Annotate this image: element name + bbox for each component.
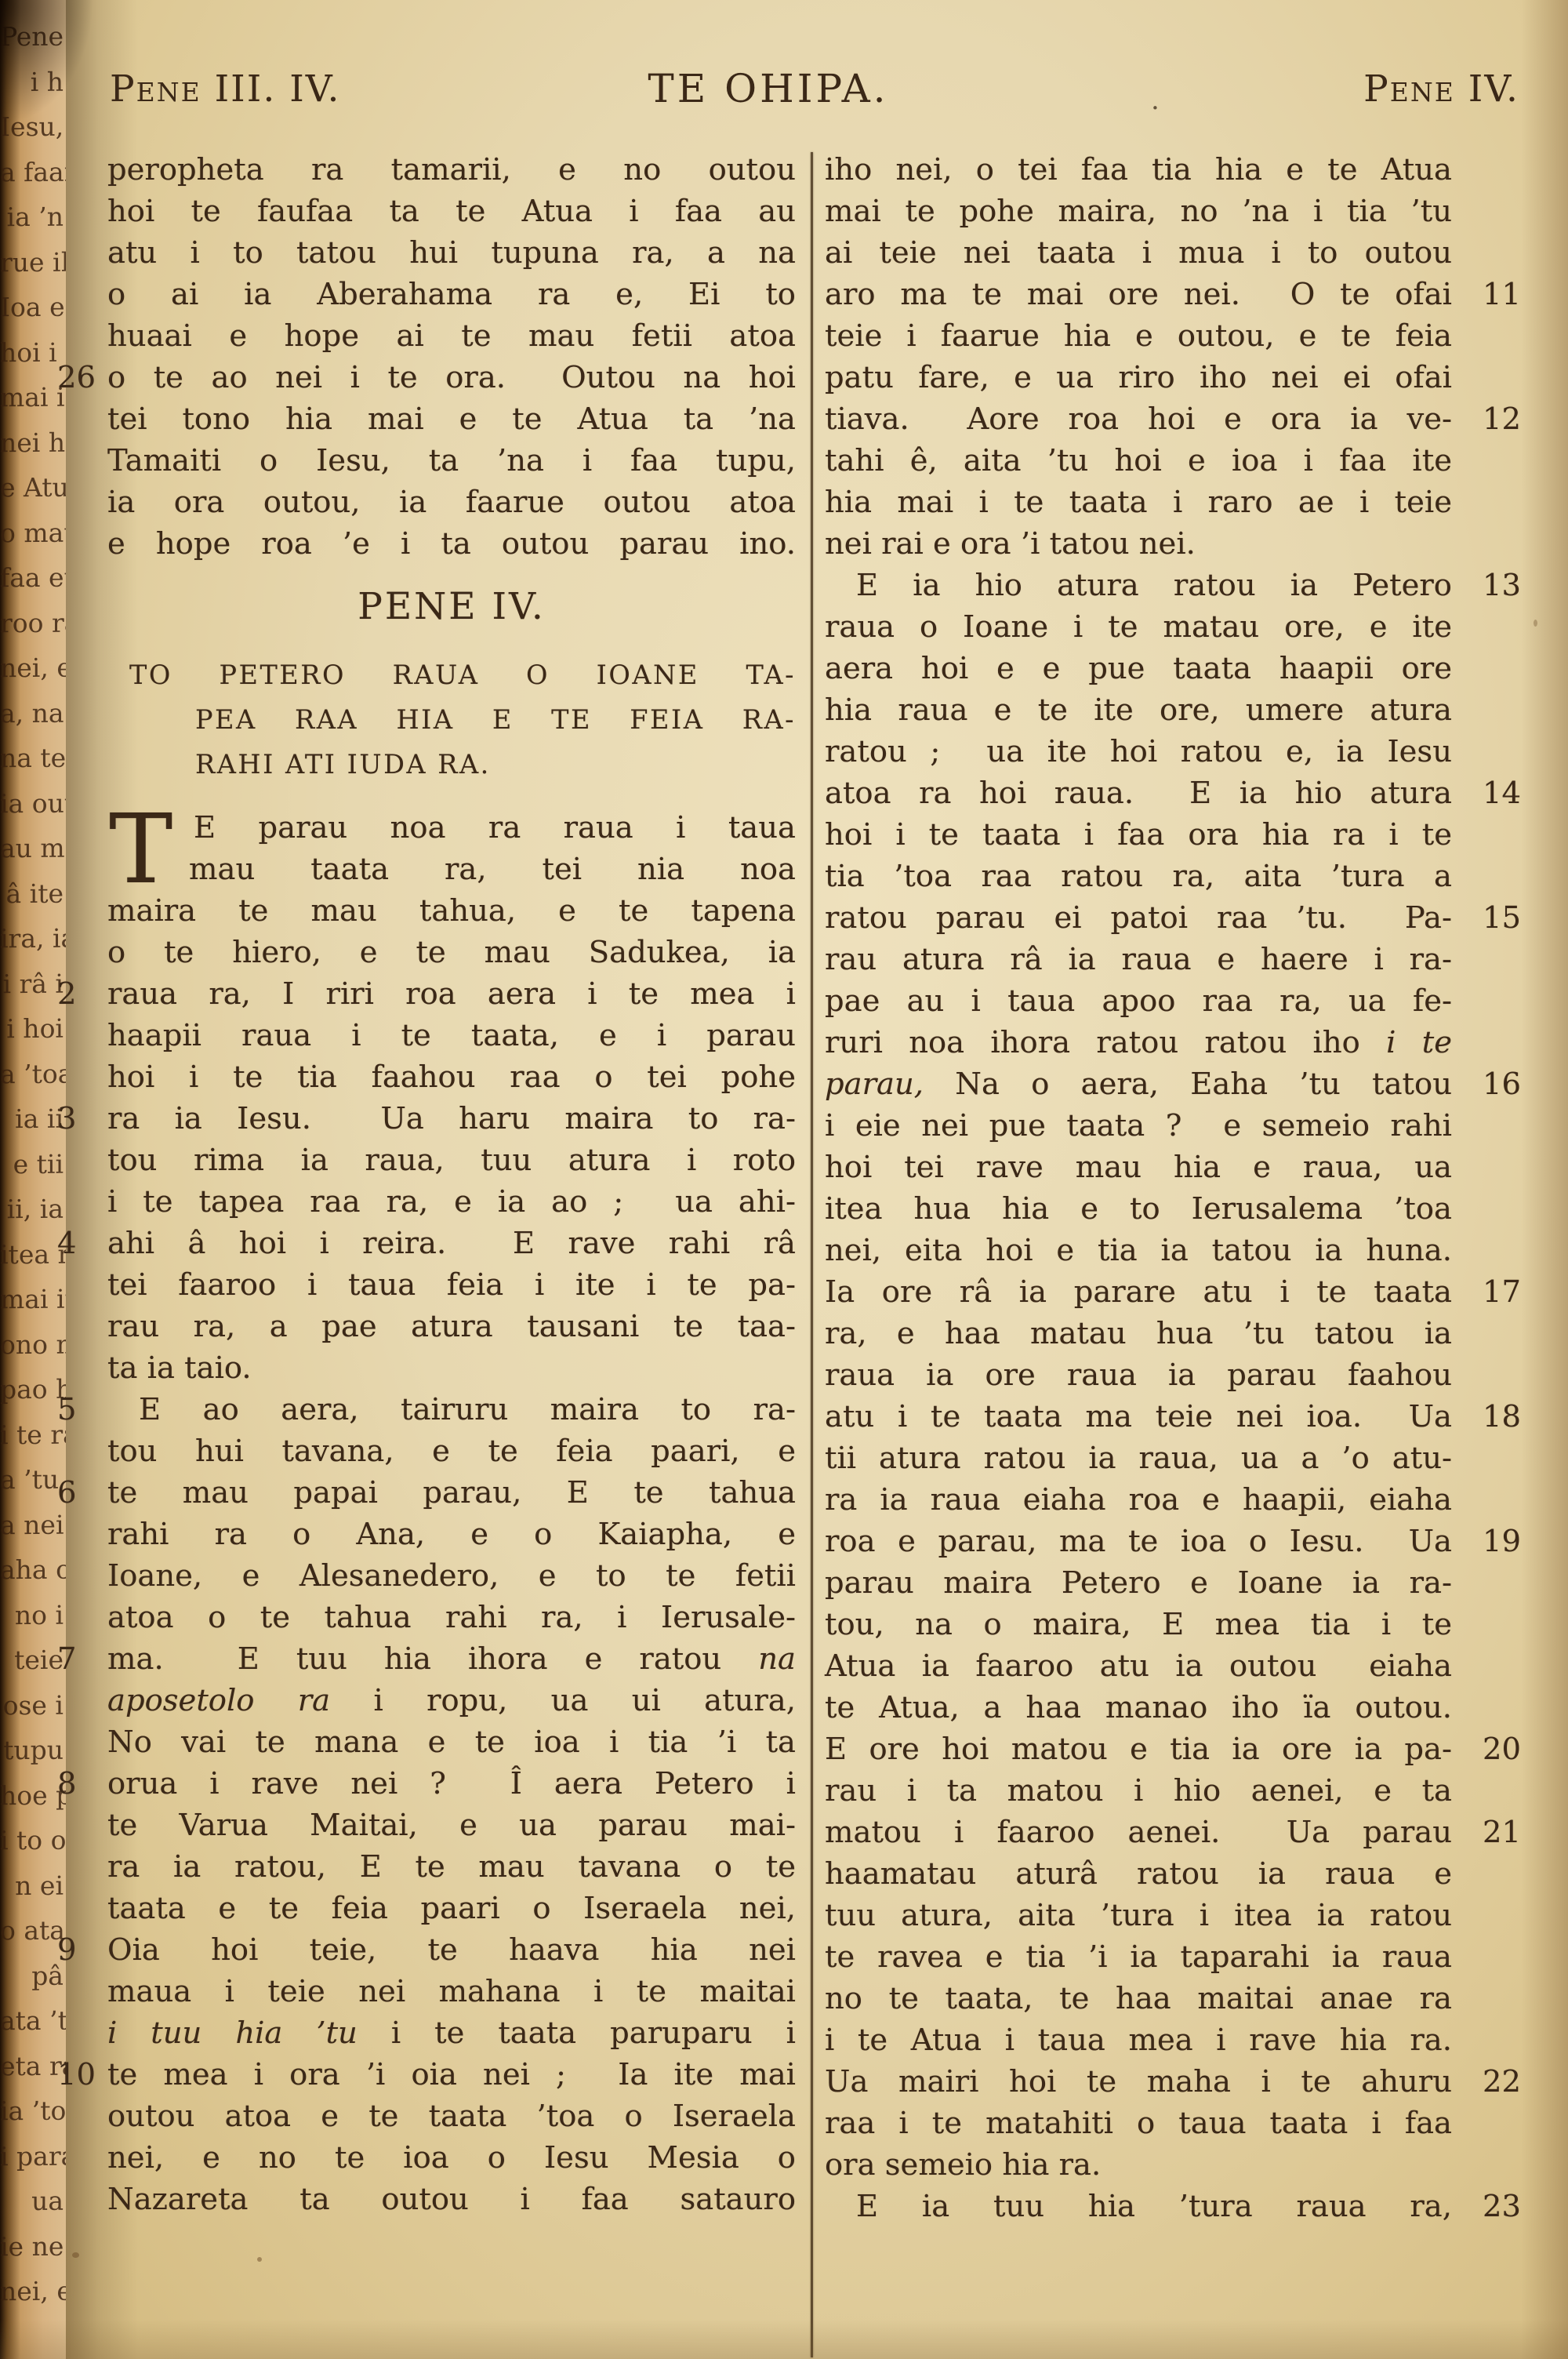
text-line: i te tapea raa ra, e ia ao ; ua ahi- [107, 1181, 796, 1223]
text-line: ora semeio hia ra. [825, 2144, 1452, 2186]
text-segment: rau i ta matou i hio aenei, e ta [825, 1773, 1452, 1808]
text-line: ra ia Iesu. Ua haru maira to ra-3 [107, 1098, 796, 1140]
text-line: Tamaiti o Iesu, ta ’na i faa tupu, [107, 440, 796, 482]
verse-text: i te Atua i taua mea i rave hia ra. [825, 2023, 1452, 2058]
text-segment: ahi â hoi i reira. E rave rahi râ [107, 1226, 796, 1261]
verse-text: nei, eita hoi e tia ia tatou ia huna. [825, 1233, 1452, 1268]
text-line: e hope roa ’e i ta outou parau ino. [107, 523, 796, 565]
text-line: i te Atua i taua mea i rave hia ra. [825, 2019, 1452, 2061]
text-segment: aro ma te mai ore nei. O te ofai [825, 277, 1452, 312]
right-column: iho nei, o tei faa tia hia e te Atuamai … [825, 149, 1452, 2227]
verse-text: hoi tei rave mau hia e raua, ua [825, 1150, 1452, 1185]
verse-text: tiava. Aore roa hoi e ora ia ve- [825, 402, 1452, 437]
text-line: o te ao nei i te ora. Outou na hoi26 [107, 357, 796, 398]
text-segment: ratou parau ei patoi raa ’tu. Pa- [825, 900, 1452, 936]
text-line: tiava. Aore roa hoi e ora ia ve-12 [825, 398, 1452, 440]
text-segment: e hope roa ’e i ta outou parau ino. [107, 526, 796, 562]
verse-text: matou i faaroo aenei. Ua parau [825, 1815, 1452, 1850]
text-line: tuu atura, aita ’tura i itea ia ratou [825, 1895, 1452, 1936]
verse-text: i te tapea raa ra, e ia ao ; ua ahi- [107, 1184, 796, 1219]
text-line: E ia tuu hia ’tura raua ra,23 [825, 2186, 1452, 2227]
text-line: peropheta ra tamarii, e no outou [107, 149, 796, 191]
text-line: tahi ê, aita ’tu hoi e ioa i faa ite [825, 440, 1452, 482]
text-line: parau, Na o aera, Eaha ’tu tatou16 [825, 1063, 1452, 1105]
text-segment: haamatau aturâ ratou ia raua e [825, 1856, 1452, 1892]
verse-text: ra ia raua eiaha roa e haapii, eiaha [825, 1482, 1452, 1518]
verse-number: 10 [57, 2054, 96, 2095]
verse-text: ia ora outou, ia faarue outou atoa [107, 485, 796, 520]
verse-text: raua ia ore raua ia parau faahou [825, 1358, 1452, 1393]
text-line: aposetolo ra i ropu, ua ui atura, [107, 1680, 796, 1721]
text-segment: tei faaroo i taua feia i ite i te pa- [107, 1267, 796, 1303]
text-segment: nei rai e ora ’i tatou nei. [825, 526, 1196, 562]
text-line: taata e te feia paari o Iseraela nei, [107, 1888, 796, 1929]
verse-number: 14 [1483, 772, 1521, 814]
text-line: te ravea e tia ’i ia taparahi ia raua [825, 1936, 1452, 1978]
text-line: tii atura ratou ia raua, ua a ’o atu- [825, 1438, 1452, 1479]
verse-number: 12 [1483, 398, 1521, 440]
text-line: ahi â hoi i reira. E rave rahi râ4 [107, 1223, 796, 1264]
verse-text: ra ia Iesu. Ua haru maira to ra- [107, 1101, 796, 1136]
verse-text: taata e te feia paari o Iseraela nei, [107, 1891, 796, 1926]
verse-number: 15 [1483, 897, 1521, 939]
text-line: iho nei, o tei faa tia hia e te Atua [825, 149, 1452, 191]
text-segment: itea hua hia e to Ierusalema ’toa [825, 1191, 1452, 1227]
book-page-scan: Penei hIesu,a faaruia ’nrue ihIoa e thoi… [0, 0, 1568, 2359]
text-segment: orua i rave nei ? Î aera Petero i [107, 1766, 796, 1801]
verse-text: aposetolo ra i ropu, ua ui atura, [107, 1683, 796, 1718]
text-segment: o te ao nei i te ora. Outou na hoi [107, 360, 796, 395]
text-segment: i ropu, ua ui atura, [330, 1683, 796, 1718]
verse-text: rau ra, a pae atura tausani te taa- [107, 1309, 796, 1344]
text-segment: hia mai i te taata i raro ae i teie [825, 485, 1452, 520]
verse-text: ta ia taio. [107, 1350, 252, 1386]
verse-text: maua i teie nei mahana i te maitai [107, 1974, 796, 2009]
text-segment: Na o aera, Eaha ’tu tatou [924, 1067, 1452, 1102]
verse-text: no te taata, te haa maitai anae ra [825, 1981, 1452, 2016]
text-line: nei, e no te ioa o Iesu Mesia o [107, 2137, 796, 2179]
chapter-heading: PENE IV. [107, 585, 796, 629]
verse-text: ahi â hoi i reira. E rave rahi râ [107, 1226, 796, 1261]
text-segment: tou rima ia raua, tuu atura i roto [107, 1143, 796, 1178]
text-line: E ore hoi matou e tia ia ore ia pa-20 [825, 1728, 1452, 1770]
text-segment: ra ia Iesu. Ua haru maira to ra- [107, 1101, 796, 1136]
verse-text: e hope roa ’e i ta outou parau ino. [107, 526, 796, 562]
italic-phrase: i tuu hia ’tu [107, 2016, 358, 2051]
verse-number: 17 [1483, 1271, 1521, 1313]
text-segment: tei tono hia mai e te Atua ta ’na [107, 402, 796, 437]
text-segment: te mea i ora ’i oia nei ; Ia ite mai [107, 2057, 796, 2092]
left-column: peropheta ra tamarii, e no outouhoi te f… [107, 149, 796, 2220]
text-line: rau i ta matou i hio aenei, e ta [825, 1770, 1452, 1812]
text-segment: i te Atua i taua mea i rave hia ra. [825, 2023, 1452, 2058]
verse-text: tei tono hia mai e te Atua ta ’na [107, 402, 796, 437]
verse-text: maira te mau tahua, e te tapena [107, 893, 796, 929]
text-line: rau atura râ ia raua e haere i ra- [825, 939, 1452, 980]
text-line: E ia hio atura ratou ia Petero13 [825, 565, 1452, 606]
text-line: ratou ; ua ite hoi ratou e, ia Iesu [825, 731, 1452, 772]
paper-speck [72, 2252, 79, 2258]
text-segment: Tamaiti o Iesu, ta ’na i faa tupu, [107, 443, 796, 478]
verse-text: rau atura râ ia raua e haere i ra- [825, 942, 1452, 977]
verse-text: E ia hio atura ratou ia Petero [825, 565, 1452, 606]
text-line: te Atua, a haa manao iho ïa outou. [825, 1687, 1452, 1728]
verse-number: 21 [1483, 1812, 1521, 1853]
text-segment: huaai e hope ai te mau fetii atoa [107, 318, 796, 354]
verse-text: ratou parau ei patoi raa ’tu. Pa- [825, 900, 1452, 936]
verse-text: mai te pohe maira, no ’na i tia ’tu [825, 194, 1452, 229]
two-column-text: peropheta ra tamarii, e no outouhoi te f… [0, 125, 1568, 2357]
text-line: ruri noa ihora ratou ratou iho i te [825, 1022, 1452, 1063]
chapter-summary-line: RAHI ATI IUDA RA. [107, 742, 796, 787]
verse-text: rau i ta matou i hio aenei, e ta [825, 1773, 1452, 1808]
text-segment: taata e te feia paari o Iseraela nei, [107, 1891, 796, 1926]
text-segment: E parau noa ra raua i taua [194, 810, 796, 845]
text-segment: maua i teie nei mahana i te maitai [107, 1974, 796, 2009]
text-segment: i te tapea raa ra, e ia ao ; ua ahi- [107, 1184, 796, 1219]
text-segment: Ua mairi hoi te maha i te ahuru [825, 2064, 1452, 2099]
text-line: te mea i ora ’i oia nei ; Ia ite mai10 [107, 2054, 796, 2095]
text-line: hoi i te taata i faa ora hia ra i te [825, 814, 1452, 856]
verse-text: ora semeio hia ra. [825, 2147, 1101, 2183]
text-segment: te mau papai parau, E te tahua [107, 1475, 796, 1510]
verse-text: Ua mairi hoi te maha i te ahuru [825, 2064, 1452, 2099]
column-rule [811, 152, 813, 2357]
verse-number: 8 [57, 1763, 77, 1805]
text-segment: o te hiero, e te mau Sadukea, ia [107, 935, 796, 970]
text-line: pae au i taua apoo raa ra, ua fe- [825, 980, 1452, 1022]
verse-number: 16 [1483, 1063, 1521, 1105]
text-line: mai te pohe maira, no ’na i tia ’tu [825, 191, 1452, 232]
text-line: te Varua Maitai, e ua parau mai- [107, 1805, 796, 1846]
text-line: raua o Ioane i te matau ore, e ite [825, 606, 1452, 648]
text-segment: tahi ê, aita ’tu hoi e ioa i faa ite [825, 443, 1452, 478]
verse-text: tou, na o maira, E mea tia i te [825, 1607, 1452, 1642]
text-segment: ra ia ratou, E te mau tavana o te [107, 1849, 796, 1885]
text-line: atoa ra hoi raua. E ia hio atura14 [825, 772, 1452, 814]
text-line: aro ma te mai ore nei. O te ofai11 [825, 274, 1452, 315]
text-segment: tii atura ratou ia raua, ua a ’o atu- [825, 1441, 1452, 1476]
text-segment: ai teie nei taata i mua i to outou [825, 235, 1452, 271]
verse-number: 26 [57, 357, 96, 398]
verse-number: 20 [1483, 1728, 1521, 1770]
text-line: atu i to tatou hui tupuna ra, a na [107, 232, 796, 274]
text-segment: ora semeio hia ra. [825, 2147, 1101, 2183]
verse-text: E ore hoi matou e tia ia ore ia pa- [825, 1732, 1452, 1767]
verse-text: te mea i ora ’i oia nei ; Ia ite mai [107, 2057, 796, 2092]
verse-text: te mau papai parau, E te tahua [107, 1475, 796, 1510]
text-segment: peropheta ra tamarii, e no outou [107, 152, 796, 187]
verse-text: atoa ra hoi raua. E ia hio atura [825, 776, 1452, 811]
verse-text: tei faaroo i taua feia i ite i te pa- [107, 1267, 796, 1303]
verse-text: peropheta ra tamarii, e no outou [107, 152, 796, 187]
verse-text: huaai e hope ai te mau fetii atoa [107, 318, 796, 354]
verse-text: parau maira Petero e Ioane ia ra- [825, 1565, 1452, 1601]
verse-number: 3 [57, 1098, 77, 1140]
running-header-title: TE OHIPA. [561, 66, 976, 111]
text-segment: Nazareta ta outou i faa satauro [107, 2182, 796, 2217]
text-line: No vai te mana e te ioa i tia ’i ta [107, 1721, 796, 1763]
verse-number: 22 [1483, 2061, 1521, 2103]
verse-text: E ia tuu hia ’tura raua ra, [825, 2186, 1452, 2227]
text-segment: aera hoi e e pue taata haapii ore [825, 651, 1452, 686]
text-line: raua ia ore raua ia parau faahou [825, 1354, 1452, 1396]
text-segment: Oia hoi teie, te haava hia nei [107, 1932, 796, 1968]
text-segment: atoa o te tahua rahi ra, i Ierusale- [107, 1600, 796, 1635]
text-line: ra, e haa matau hua ’tu tatou ia [825, 1313, 1452, 1354]
verse-text: ai teie nei taata i mua i to outou [825, 235, 1452, 271]
text-line: tou hui tavana, e te feia paari, e [107, 1430, 796, 1472]
text-line: tei faaroo i taua feia i ite i te pa- [107, 1264, 796, 1306]
text-line: Nazareta ta outou i faa satauro [107, 2179, 796, 2220]
text-line: hoi te faufaa ta te Atua i faa au [107, 191, 796, 232]
text-segment: rahi ra o Ana, e o Kaiapha, e [107, 1517, 796, 1552]
text-line: Atua ia faaroo atu ia outou eiaha [825, 1645, 1452, 1687]
text-line: atoa o te tahua rahi ra, i Ierusale- [107, 1597, 796, 1638]
ink-dot: . [1151, 85, 1160, 116]
text-line: roa e parau, ma te ioa o Iesu. Ua19 [825, 1521, 1452, 1562]
text-segment: te Atua, a haa manao iho ïa outou. [825, 1690, 1452, 1725]
verse-text: Oia hoi teie, te haava hia nei [107, 1932, 796, 1968]
text-segment: hoi te faufaa ta te Atua i faa au [107, 194, 796, 229]
text-segment: No vai te mana e te ioa i tia ’i ta [107, 1725, 796, 1760]
verse-text: raua ra, I riri roa aera i te mea i [107, 976, 796, 1012]
text-line: nei rai e ora ’i tatou nei. [825, 523, 1452, 565]
verse-text: aera hoi e e pue taata haapii ore [825, 651, 1452, 686]
verse-text: o ai ia Aberahama ra e, Ei to [107, 277, 796, 312]
text-segment: E ao aera, tairuru maira to ra- [139, 1392, 796, 1427]
verse-text: tou rima ia raua, tuu atura i roto [107, 1143, 796, 1178]
text-segment: iho nei, o tei faa tia hia e te Atua [825, 152, 1452, 187]
text-segment: o ai ia Aberahama ra e, Ei to [107, 277, 796, 312]
verse-text: hoi te faufaa ta te Atua i faa au [107, 194, 796, 229]
text-line: tia ’toa raa ratou ra, aita ’tura a [825, 856, 1452, 897]
verse-text: pae au i taua apoo raa ra, ua fe- [825, 983, 1452, 1019]
verse-text: itea hua hia e to Ierusalema ’toa [825, 1191, 1452, 1227]
text-line: nei, eita hoi e tia ia tatou ia huna. [825, 1230, 1452, 1271]
paper-speck [1534, 620, 1537, 627]
verse-number: 9 [57, 1929, 77, 1971]
italic-phrase: na [758, 1641, 796, 1677]
verse-text: o te ao nei i te ora. Outou na hoi [107, 360, 796, 395]
text-line: rahi ra o Ana, e o Kaiapha, e [107, 1514, 796, 1555]
text-segment: no te taata, te haa maitai anae ra [825, 1981, 1452, 2016]
text-segment: parau maira Petero e Ioane ia ra- [825, 1565, 1452, 1601]
text-segment: Ioane, e Alesanedero, e to te fetii [107, 1558, 796, 1594]
verse-text: haamatau aturâ ratou ia raua e [825, 1856, 1452, 1892]
text-line: Ioane, e Alesanedero, e to te fetii [107, 1555, 796, 1597]
verse-text: ratou ; ua ite hoi ratou e, ia Iesu [825, 734, 1452, 769]
text-line: rau ra, a pae atura tausani te taa- [107, 1306, 796, 1347]
verse-text: te ravea e tia ’i ia taparahi ia raua [825, 1939, 1452, 1975]
text-segment: ruri noa ihora ratou ratou iho [825, 1025, 1386, 1060]
text-line: aera hoi e e pue taata haapii ore [825, 648, 1452, 689]
text-line: hoi tei rave mau hia e raua, ua [825, 1147, 1452, 1188]
text-segment: raua ra, I riri roa aera i te mea i [107, 976, 796, 1012]
text-line: Ia ore râ ia parare atu i te taata17 [825, 1271, 1452, 1313]
verse-number: 11 [1483, 274, 1521, 315]
verse-text: ra, e haa matau hua ’tu tatou ia [825, 1316, 1452, 1351]
text-line: maua i teie nei mahana i te maitai [107, 1971, 796, 2012]
verse-text: Ia ore râ ia parare atu i te taata [825, 1274, 1452, 1310]
verse-text: te Atua, a haa manao iho ïa outou. [825, 1690, 1452, 1725]
verse-text: Tamaiti o Iesu, ta ’na i faa tupu, [107, 443, 796, 478]
verse-text: i eie nei pue taata ? e semeio rahi [825, 1108, 1452, 1143]
dropcap-paragraph: TE parau noa ra raua i tauamau taata ra,… [107, 807, 796, 2220]
verse-text: rahi ra o Ana, e o Kaiapha, e [107, 1517, 796, 1552]
verse-text: E ao aera, tairuru maira to ra- [107, 1389, 796, 1430]
text-line: i eie nei pue taata ? e semeio rahi [825, 1105, 1452, 1147]
text-segment: tou, na o maira, E mea tia i te [825, 1607, 1452, 1642]
text-segment: E ia hio atura ratou ia Petero [856, 568, 1452, 603]
text-segment: hoi i te tia faahou raa o tei pohe [107, 1060, 796, 1095]
text-line: E parau noa ra raua i taua [107, 807, 796, 849]
text-segment: ra ia raua eiaha roa e haapii, eiaha [825, 1482, 1452, 1518]
verse-text: hoi i te tia faahou raa o tei pohe [107, 1060, 796, 1095]
text-segment: raua o Ioane i te matau ore, e ite [825, 609, 1452, 645]
text-segment: atoa ra hoi raua. E ia hio atura [825, 776, 1452, 811]
text-line: o ai ia Aberahama ra e, Ei to [107, 274, 796, 315]
text-line: ra ia raua eiaha roa e haapii, eiaha [825, 1479, 1452, 1521]
verse-text: hoi i te taata i faa ora hia ra i te [825, 817, 1452, 852]
text-segment: E ore hoi matou e tia ia ore ia pa- [825, 1732, 1452, 1767]
verse-number: 23 [1483, 2186, 1521, 2227]
text-segment: tou hui tavana, e te feia paari, e [107, 1434, 796, 1469]
text-line: orua i rave nei ? Î aera Petero i8 [107, 1763, 796, 1805]
text-segment: Ia ore râ ia parare atu i te taata [825, 1274, 1452, 1310]
text-segment: nei, e no te ioa o Iesu Mesia o [107, 2140, 796, 2175]
text-line: patu fare, e ua riro iho nei ei ofai [825, 357, 1452, 398]
verse-text: ruri noa ihora ratou ratou iho i te [825, 1025, 1452, 1060]
text-line: tou, na o maira, E mea tia i te [825, 1604, 1452, 1645]
verse-number: 5 [57, 1389, 77, 1430]
text-segment: i te taata paruparu i [358, 2016, 796, 2051]
text-segment: ma. E tuu hia ihora e ratou [107, 1641, 758, 1677]
verse-text: hia raua e te ite ore, umere atura [825, 692, 1452, 728]
text-line: te mau papai parau, E te tahua6 [107, 1472, 796, 1514]
verse-text: orua i rave nei ? Î aera Petero i [107, 1766, 796, 1801]
text-line: matou i faaroo aenei. Ua parau21 [825, 1812, 1452, 1853]
text-line: ratou parau ei patoi raa ’tu. Pa-15 [825, 897, 1452, 939]
verse-text: teie i faarue hia e outou, e te feia [825, 318, 1452, 354]
verse-text: hia mai i te taata i raro ae i teie [825, 485, 1452, 520]
verse-text: mau taata ra, tei nia noa [107, 849, 796, 890]
verse-text: ra ia ratou, E te mau tavana o te [107, 1849, 796, 1885]
text-segment: ia ora outou, ia faarue outou atoa [107, 485, 796, 520]
text-line: raa i te matahiti o taua taata i faa [825, 2103, 1452, 2144]
verse-number: 2 [57, 973, 77, 1015]
text-line: E ao aera, tairuru maira to ra-5 [107, 1389, 796, 1430]
verse-number: 13 [1483, 565, 1521, 606]
text-segment: ta ia taio. [107, 1350, 252, 1386]
text-line: no te taata, te haa maitai anae ra [825, 1978, 1452, 2019]
verse-text: iho nei, o tei faa tia hia e te Atua [825, 152, 1452, 187]
verse-text: No vai te mana e te ioa i tia ’i ta [107, 1725, 796, 1760]
verse-text: Ioane, e Alesanedero, e to te fetii [107, 1558, 796, 1594]
verse-number: 18 [1483, 1396, 1521, 1438]
verse-text: E parau noa ra raua i taua [107, 807, 796, 849]
text-line: maira te mau tahua, e te tapena [107, 890, 796, 932]
text-segment: raua ia ore raua ia parau faahou [825, 1358, 1452, 1393]
text-line: ra ia ratou, E te mau tavana o te [107, 1846, 796, 1888]
text-line: o te hiero, e te mau Sadukea, ia [107, 932, 796, 973]
verse-text: o te hiero, e te mau Sadukea, ia [107, 935, 796, 970]
text-line: ia ora outou, ia faarue outou atoa [107, 482, 796, 523]
page-content: Pene III. IV. TE OHIPA. . Pene IV. perop… [0, 0, 1568, 2357]
text-line: ta ia taio. [107, 1347, 796, 1389]
text-line: huaai e hope ai te mau fetii atoa [107, 315, 796, 357]
text-line: mau taata ra, tei nia noa [107, 849, 796, 890]
text-segment: tia ’toa raa ratou ra, aita ’tura a [825, 859, 1452, 894]
text-line: i tuu hia ’tu i te taata paruparu i [107, 2012, 796, 2054]
verse-text: raua o Ioane i te matau ore, e ite [825, 609, 1452, 645]
text-segment: rau ra, a pae atura tausani te taa- [107, 1309, 796, 1344]
text-line: haamatau aturâ ratou ia raua e [825, 1853, 1452, 1895]
text-segment: Atua ia faaroo atu ia outou eiaha [825, 1648, 1452, 1684]
verse-text: i tuu hia ’tu i te taata paruparu i [107, 2016, 796, 2051]
text-line: tou rima ia raua, tuu atura i roto [107, 1140, 796, 1181]
text-segment: te ravea e tia ’i ia taparahi ia raua [825, 1939, 1452, 1975]
text-segment: E ia tuu hia ’tura raua ra, [856, 2189, 1452, 2224]
text-segment: pae au i taua apoo raa ra, ua fe- [825, 983, 1452, 1019]
verse-text: atu i te taata ma teie nei ioa. Ua [825, 1399, 1452, 1434]
text-segment: hia raua e te ite ore, umere atura [825, 692, 1452, 728]
text-segment: nei, eita hoi e tia ia tatou ia huna. [825, 1233, 1452, 1268]
italic-phrase: aposetolo ra [107, 1683, 330, 1718]
text-line: raua ra, I riri roa aera i te mea i2 [107, 973, 796, 1015]
verse-text: tuu atura, aita ’tura i itea ia ratou [825, 1898, 1452, 1933]
text-segment: matou i faaroo aenei. Ua parau [825, 1815, 1452, 1850]
verse-text: Atua ia faaroo atu ia outou eiaha [825, 1648, 1452, 1684]
verse-text: haapii raua i te taata, e i parau [107, 1018, 796, 1053]
text-segment: teie i faarue hia e outou, e te feia [825, 318, 1452, 354]
paper-speck [257, 2257, 262, 2262]
text-segment: tiava. Aore roa hoi e ora ia ve- [825, 402, 1452, 437]
text-line: outou atoa e te taata ’toa o Iseraela [107, 2095, 796, 2137]
text-segment: atu i te taata ma teie nei ioa. Ua [825, 1399, 1452, 1434]
verse-text: atu i to tatou hui tupuna ra, a na [107, 235, 796, 271]
verse-text: tou hui tavana, e te feia paari, e [107, 1434, 796, 1469]
text-segment: raa i te matahiti o taua taata i faa [825, 2106, 1452, 2141]
verse-text: tia ’toa raa ratou ra, aita ’tura a [825, 859, 1452, 894]
text-segment: ratou ; ua ite hoi ratou e, ia Iesu [825, 734, 1452, 769]
text-line: ma. E tuu hia ihora e ratou na7 [107, 1638, 796, 1680]
chapter-summary-line: PEA RAA HIA E TE FEIA RA- [107, 697, 796, 742]
verse-number: 7 [57, 1638, 77, 1680]
text-segment: i eie nei pue taata ? e semeio rahi [825, 1108, 1452, 1143]
text-segment: outou atoa e te taata ’toa o Iseraela [107, 2099, 796, 2134]
text-line: hoi i te tia faahou raa o tei pohe [107, 1056, 796, 1098]
text-line: hia mai i te taata i raro ae i teie [825, 482, 1452, 523]
text-segment: te Varua Maitai, e ua parau mai- [107, 1808, 796, 1843]
text-line: Oia hoi teie, te haava hia nei9 [107, 1929, 796, 1971]
verse-text: ma. E tuu hia ihora e ratou na [107, 1641, 796, 1677]
verse-number: 4 [57, 1223, 77, 1264]
verse-text: nei rai e ora ’i tatou nei. [825, 526, 1196, 562]
text-segment: ra, e haa matau hua ’tu tatou ia [825, 1316, 1452, 1351]
verse-text: raa i te matahiti o taua taata i faa [825, 2106, 1452, 2141]
verse-text: Nazareta ta outou i faa satauro [107, 2182, 796, 2217]
verse-text: outou atoa e te taata ’toa o Iseraela [107, 2099, 796, 2134]
verse-number: 6 [57, 1472, 77, 1514]
text-line: atu i te taata ma teie nei ioa. Ua18 [825, 1396, 1452, 1438]
verse-text: nei, e no te ioa o Iesu Mesia o [107, 2140, 796, 2175]
text-line: ai teie nei taata i mua i to outou [825, 232, 1452, 274]
running-header: Pene III. IV. TE OHIPA. . Pene IV. [0, 67, 1568, 125]
text-line: itea hua hia e to Ierusalema ’toa [825, 1188, 1452, 1230]
text-segment: roa e parau, ma te ioa o Iesu. Ua [825, 1524, 1452, 1559]
italic-phrase: i te [1386, 1025, 1452, 1060]
